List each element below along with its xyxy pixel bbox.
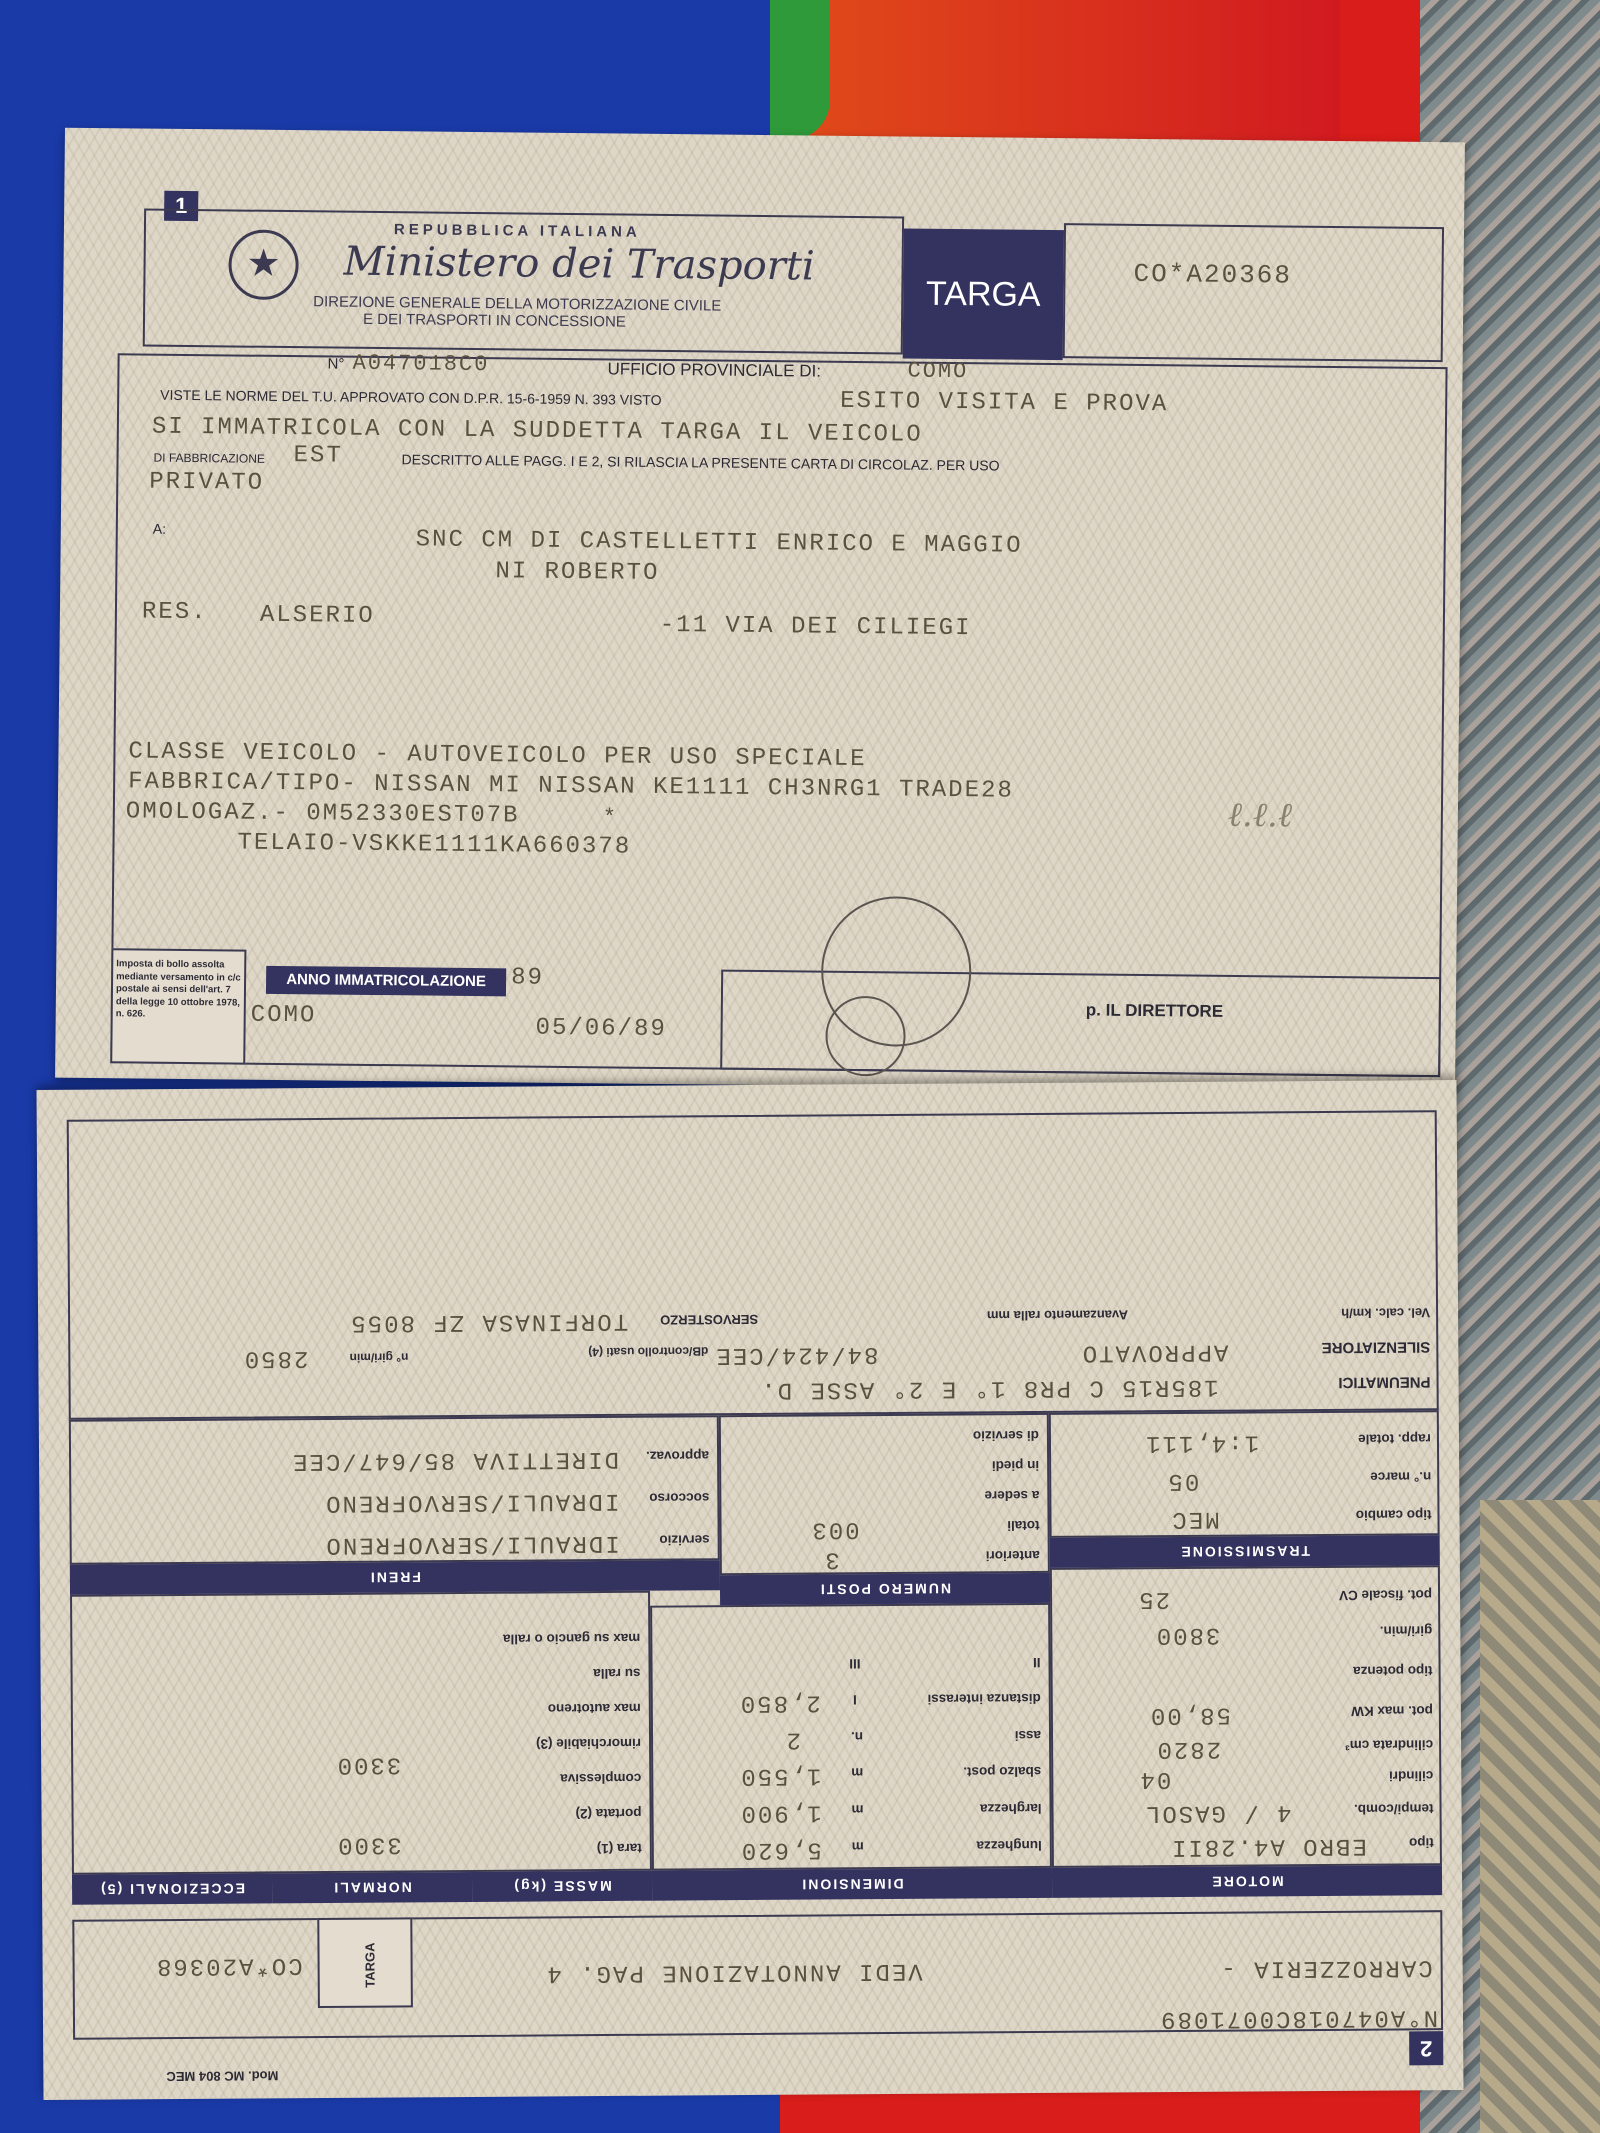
a-label: A: [153, 521, 166, 537]
place: COMO [251, 1002, 317, 1030]
motore-cilindri-value: 04 [1138, 1765, 1171, 1792]
motore-cilindri-label: cilindri [1389, 1768, 1433, 1783]
posti-anteriori-value: 3 [823, 1545, 840, 1572]
motore-potmax-label: pot. max KW [1351, 1703, 1433, 1719]
posti-totali-label: totali [1007, 1518, 1039, 1533]
targa-value: CO*A20368 [1133, 259, 1292, 291]
dimensioni-title: DIMENSIONI [652, 1868, 1052, 1901]
motore-title: MOTORE [1052, 1865, 1442, 1898]
interassi-unit: I [853, 1692, 857, 1707]
direttore-label: p. IL DIRETTORE [1086, 1000, 1223, 1021]
cambio-value: MEC [1170, 1505, 1219, 1532]
owner-line-2: NI ROBERTO [495, 558, 659, 587]
silenziatore-db-label: dB/controllo usati (4) [588, 1344, 708, 1359]
larghezza-unit: m [851, 1802, 863, 1817]
rapporto-value: 1:4,111 [1144, 1428, 1259, 1456]
republic-title: REPUBBLICA ITALIANA [394, 221, 641, 241]
res-label: RES. [142, 599, 208, 627]
registration-page-1: 1 ★ REPUBBLICA ITALIANA Ministero dei Tr… [55, 128, 1465, 1093]
sbalzo-value: 1,550 [739, 1762, 821, 1790]
carpet-background-lower [1480, 1500, 1600, 2133]
doc-number-label: N° [327, 355, 344, 372]
assi-unit: n. [851, 1729, 863, 1744]
motore-potfiscale-label: pot. fiscale CV [1339, 1587, 1432, 1603]
pneumatici-box [67, 1110, 1439, 1420]
motore-potfiscale-value: 25 [1137, 1585, 1170, 1612]
interassi-ii-label: II [1033, 1655, 1041, 1670]
larghezza-value: 1,900 [739, 1799, 821, 1827]
gancio-label: max su gancio o ralla [503, 1631, 640, 1647]
freni-title: FRENI [70, 1560, 720, 1595]
sbalzo-label: sbalzo post. [963, 1764, 1041, 1780]
motore-giri-value: 3800 [1155, 1621, 1221, 1648]
italian-emblem-icon: ★ [228, 229, 299, 300]
bollo-text: Imposta di bollo assolta mediante versam… [116, 958, 242, 1022]
motore-tipo-value: EBRO A4.28II [1170, 1832, 1367, 1860]
freni-servizio-label: servizio [659, 1532, 709, 1547]
trasmissione-title: TRASMISSIONE [1050, 1535, 1440, 1568]
lunghezza-unit: m [852, 1839, 864, 1854]
doc-number: A047018C0 [352, 351, 489, 377]
omologaz-line: OMOLOGAZ.- 0M52330EST07B [126, 798, 520, 829]
directorate-line-2: E DEI TRASPORTI IN CONCESSIONE [363, 311, 626, 331]
interassi-value: 2,850 [739, 1689, 821, 1717]
assi-value: 2 [785, 1726, 802, 1753]
posti-title: NUMERO POSTI [720, 1573, 1050, 1605]
freni-soccorso-value: IDRAULI/SERVOFRENO [324, 1487, 619, 1516]
motore-cilindrata-value: 2820 [1155, 1735, 1221, 1762]
freni-approvaz-value: DIRETTIVA 85/647/CEE [291, 1445, 619, 1474]
pneumatici-value: 185R15 C PR8 1° E 2° ASSE D. [759, 1373, 1218, 1403]
motore-potmax-value: 58,00 [1149, 1701, 1231, 1729]
posti-piedi-label: in piedi [992, 1458, 1039, 1473]
silenziatore-label: SILENZIATORE [1322, 1338, 1431, 1356]
larghezza-label: larghezza [980, 1801, 1042, 1816]
lunghezza-label: lunghezza [976, 1838, 1041, 1853]
su-ralla-label: su ralla [593, 1666, 640, 1681]
motore-tempi-label: tempi/comb. [1354, 1801, 1434, 1817]
masse-eccezionali-title: ECCEZIONALI (5) [72, 1873, 272, 1904]
lunghezza-value: 5,620 [740, 1836, 822, 1864]
targa-footer-label: TARGA [362, 1942, 377, 1987]
doc-number: N°A047018C0071089 [1159, 2003, 1438, 2032]
res-address: -11 VIA DEI CILIEGI [660, 612, 972, 642]
complessiva-label: complessiva [560, 1771, 641, 1787]
freni-soccorso-label: soccorso [649, 1490, 709, 1505]
issue-date: 05/06/89 [535, 1015, 666, 1043]
assi-label: assi [1015, 1728, 1041, 1743]
marce-value: 05 [1166, 1467, 1199, 1494]
masse-title: MASSE (kg) [472, 1871, 652, 1902]
complessiva-normali-value: 3300 [336, 1750, 402, 1777]
ralla-label: Avanzamento ralla mm [987, 1307, 1128, 1323]
portata-label: portata (2) [575, 1806, 641, 1821]
carrozzeria: CARROZZERIA - [1219, 1953, 1432, 1981]
cambio-label: tipo cambio [1356, 1507, 1432, 1523]
registration-page-2: 2 N°A047018C0071089 CARROZZERIA - VEDI A… [36, 1080, 1463, 2100]
folder-graphic-green [770, 0, 830, 140]
page-number: 2 [1409, 2031, 1443, 2065]
silenziatore-giri-value: 2850 [243, 1344, 309, 1371]
targa-label: TARGA [903, 228, 1064, 360]
silenziatore-value: APPROVATO [1081, 1338, 1229, 1366]
dry-stamp-icon [825, 996, 906, 1077]
motore-giri-label: giri/min. [1380, 1623, 1433, 1638]
annotazione: VEDI ANNOTAZIONE PAG. 4 [545, 1957, 922, 1987]
posti-sedere-label: a sedere [984, 1488, 1039, 1503]
marce-label: n.° marce [1370, 1469, 1431, 1484]
targa-box [1063, 223, 1444, 362]
fabbricazione-value: EST [293, 442, 342, 470]
ufficio-value: COMO [907, 359, 968, 385]
visto-value: ESITO VISITA E PROVA [840, 388, 1168, 418]
pneumatici-label: PNEUMATICI [1338, 1373, 1430, 1391]
motore-tempi-value: 4 / GASOL [1144, 1798, 1292, 1826]
posti-totali-value: 003 [810, 1515, 859, 1542]
motore-tipo-label: tipo [1409, 1835, 1434, 1850]
res-city: ALSERIO [260, 602, 375, 630]
targa-footer-value: CO*A20368 [155, 1951, 303, 1979]
velocita-label: Vel. calc. km/h [1341, 1305, 1430, 1321]
motore-tipopotenza-label: tipo potenza [1353, 1663, 1433, 1679]
masse-normali-title: NORMALI [272, 1872, 472, 1903]
motore-cilindrata-label: cilindrata cm³ [1345, 1737, 1433, 1753]
ministry-title: Ministero dei Trasporti [343, 239, 815, 290]
sbalzo-unit: m [851, 1765, 863, 1780]
rapporto-label: rapp. totale [1358, 1431, 1431, 1447]
model-code: Mod. MC 804 MEC [166, 2068, 278, 2084]
silenziatore-db-value: 84/424/CEE [714, 1340, 878, 1368]
interassi-label: distanza interassi [927, 1691, 1040, 1707]
ufficio-label: UFFICIO PROVINCIALE DI: [607, 359, 821, 381]
tara-label: tara (1) [597, 1841, 642, 1856]
signature: ℓ.ℓ.ℓ [1228, 795, 1293, 836]
silenziatore-giri-label: n° giri/min [350, 1350, 409, 1364]
anno-value: 89 [511, 964, 544, 991]
servosterzo-value: TORFINASA ZF 8055 [349, 1307, 628, 1336]
omologaz-mark: * [603, 805, 618, 830]
fabbricazione-label: DI FABBRICAZIONE [153, 451, 264, 466]
uso-value: PRIVATO [149, 469, 264, 497]
tara-normali-value: 3300 [336, 1830, 402, 1857]
freni-servizio-value: IDRAULI/SERVOFRENO [324, 1529, 619, 1558]
rimorchiabile-label: rimorchiabile (3) [536, 1736, 641, 1752]
telaio-line: TELAIO-VSKKE1111KA660378 [237, 830, 631, 861]
posti-anteriori-label: anteriori [986, 1548, 1040, 1563]
interassi-iii-label: III [849, 1656, 860, 1671]
servosterzo-label: SERVOSTERZO [660, 1312, 758, 1328]
folder-graphic [800, 0, 1340, 140]
anno-label: ANNO IMMATRICOLAZIONE [266, 966, 506, 997]
posti-servizio-label: di servizio [973, 1428, 1039, 1443]
autotreno-label: max autotreno [548, 1701, 641, 1717]
freni-approvaz-label: approvaz. [646, 1448, 709, 1463]
